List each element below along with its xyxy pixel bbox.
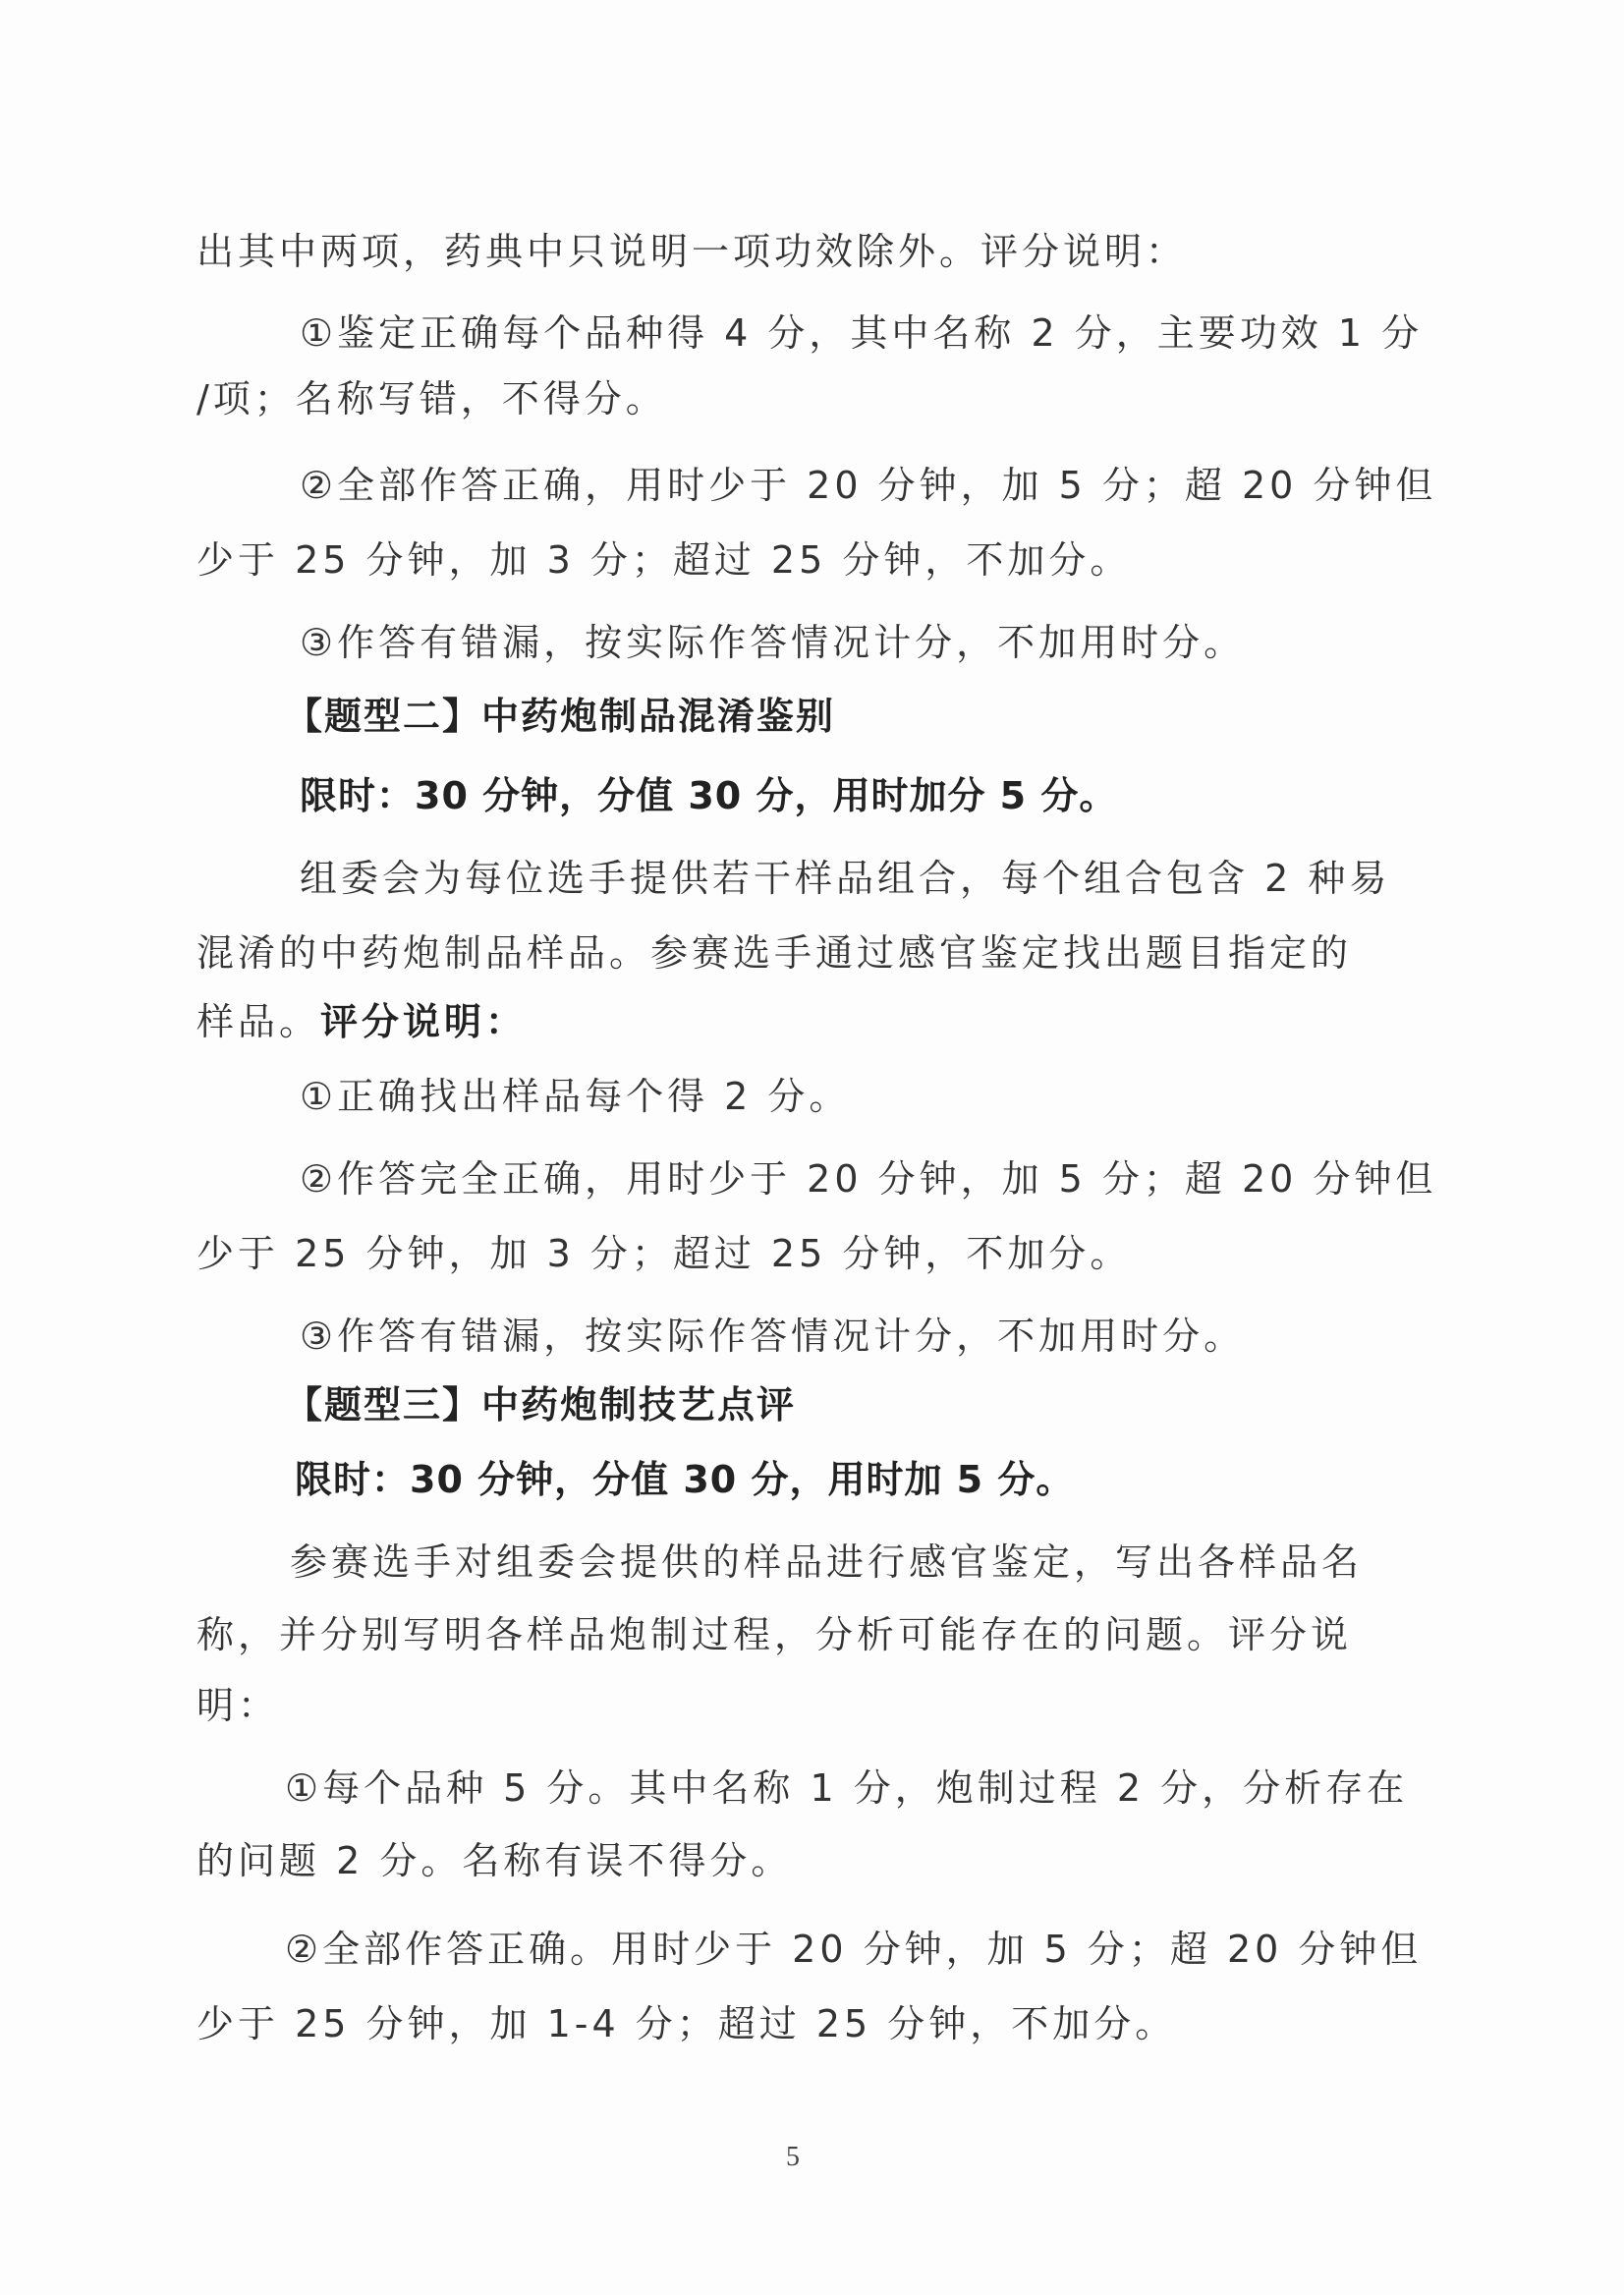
time-limit: 限时：30 分钟，分值 30 分，用时加分 5 分。 — [300, 772, 1117, 819]
rule-item-continuation: /项；名称写错，不得分。 — [196, 375, 667, 422]
rule-item: ②全部作答正确。用时少于 20 分钟，加 5 分；超 20 分钟但 — [285, 1926, 1422, 1973]
rule-item: ③作答有错漏，按实际作答情况计分，不加用时分。 — [300, 1313, 1245, 1360]
page-number: 5 — [786, 2142, 800, 2173]
document-page: 出其中两项，药典中只说明一项功效除外。评分说明： ①鉴定正确每个品种得 4 分，… — [0, 0, 1624, 2295]
rule-item-continuation: 少于 25 分钟，加 1-4 分；超过 25 分钟，不加分。 — [196, 2000, 1176, 2047]
section-description-last: 样品。评分说明： — [196, 998, 527, 1045]
time-limit: 限时：30 分钟，分值 30 分，用时加 5 分。 — [295, 1456, 1074, 1503]
section-heading: 【题型三】中药炮制技艺点评 — [285, 1381, 796, 1428]
section-description: 明： — [196, 1682, 279, 1729]
rule-item-continuation: 的问题 2 分。名称有误不得分。 — [196, 1837, 792, 1884]
rule-item: ①每个品种 5 分。其中名称 1 分，炮制过程 2 分，分析存在 — [285, 1764, 1408, 1812]
rule-item: ①正确找出样品每个得 2 分。 — [300, 1073, 850, 1120]
scoring-label: 评分说明： — [320, 1000, 527, 1043]
section-heading: 【题型二】中药炮制品混淆鉴别 — [285, 693, 835, 740]
section-description: 组委会为每位选手提供若干样品组合，每个组合包含 2 种易 — [300, 855, 1390, 902]
rule-item: ②作答完全正确，用时少于 20 分钟，加 5 分；超 20 分钟但 — [300, 1155, 1436, 1203]
section-description: 混淆的中药炮制品样品。参赛选手通过感官鉴定找出题目指定的 — [196, 929, 1352, 977]
rule-item-continuation: 少于 25 分钟，加 3 分；超过 25 分钟，不加分。 — [196, 1230, 1131, 1277]
section-description: 参赛选手对组委会提供的样品进行感官鉴定，写出各样品名 — [290, 1539, 1363, 1586]
rule-item: ②全部作答正确，用时少于 20 分钟，加 5 分；超 20 分钟但 — [300, 462, 1436, 509]
paragraph-line: 出其中两项，药典中只说明一项功效除外。评分说明： — [196, 228, 1187, 275]
description-text: 样品。 — [196, 1000, 320, 1043]
section-description: 称，并分别写明各样品炮制过程，分析可能存在的问题。评分说 — [196, 1611, 1352, 1658]
rule-item: ①鉴定正确每个品种得 4 分，其中名称 2 分，主要功效 1 分 — [300, 309, 1423, 357]
rule-item-continuation: 少于 25 分钟，加 3 分；超过 25 分钟，不加分。 — [196, 536, 1131, 584]
rule-item: ③作答有错漏，按实际作答情况计分，不加用时分。 — [300, 619, 1245, 666]
